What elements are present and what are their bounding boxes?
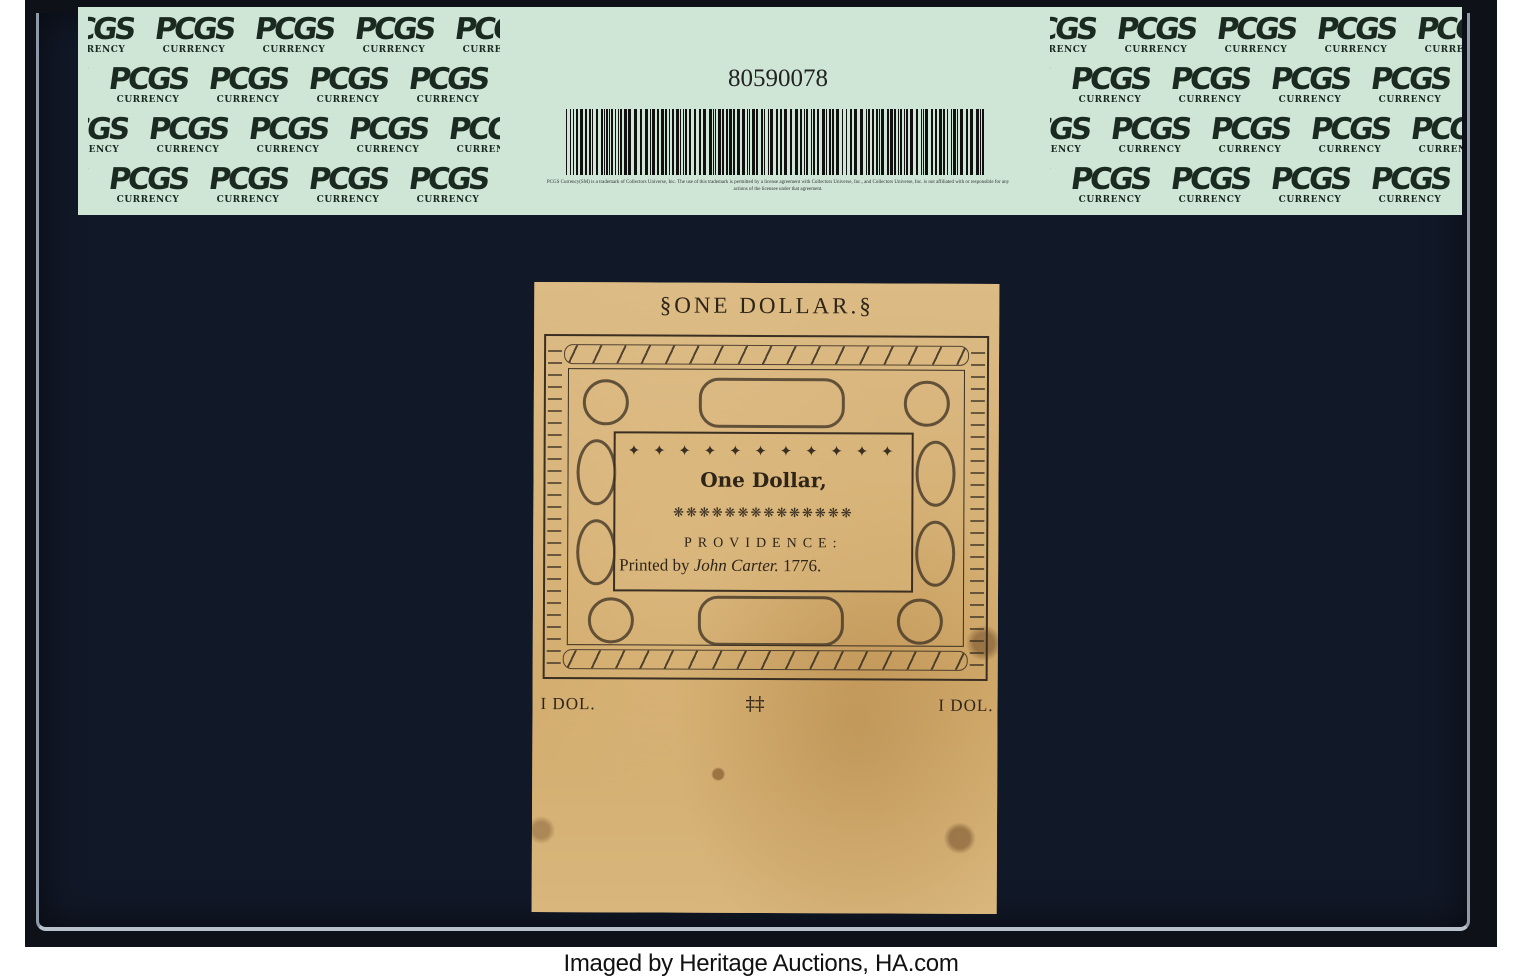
pcgs-logo: PCGSCURRENCY [1164, 65, 1256, 105]
logo-row: PCGSCURRENCYPCGSCURRENCYPCGSCURRENCYPCGS… [88, 165, 500, 206]
print-year: 1776. [783, 556, 821, 575]
star-row: ✦ ✦ ✦ ✦ ✦ ✦ ✦ ✦ ✦ ✦ ✦ ✦ [628, 441, 900, 460]
scroll-ornament [915, 521, 955, 587]
pcgs-logo: PCGSCURRENCY [102, 65, 194, 105]
scroll-ornament [588, 597, 634, 643]
logo-row: PCGSCURRENCYPCGSCURRENCYPCGSCURRENCYPCGS… [88, 115, 500, 156]
center-cartouche: ✦ ✦ ✦ ✦ ✦ ✦ ✦ ✦ ✦ ✦ ✦ ✦ One Dollar, ❋❋❋❋… [613, 431, 914, 592]
pcgs-logo: PCGSCURRENCY [1110, 15, 1202, 55]
pcgs-logo: PCGSCURRENCY [1264, 165, 1356, 205]
flower-row: ❋❋❋❋❋❋❋❋❋❋❋❋❋❋ [627, 505, 899, 521]
logo-row: PCGSCURRENCYPCGSCURRENCYPCGSCURRENCYPCGS… [1050, 115, 1462, 156]
cert-number: 80590078 [538, 65, 1018, 93]
pcgs-logo: PCGSCURRENCY [1264, 65, 1356, 105]
pcgs-logo: PCGSCURRENCY [202, 65, 294, 105]
chevron-border-left [547, 344, 562, 669]
printer-prefix: Printed by [619, 555, 689, 574]
rope-border-bottom [563, 649, 968, 671]
pcgs-logo: PCGSCURRENCY [88, 115, 134, 155]
scroll-ornament [915, 441, 955, 507]
pcgs-logo: PCGSCURRENCY [88, 165, 94, 205]
logo-row: PCGSCURRENCYPCGSCURRENCYPCGSCURRENCYPCGS… [1050, 165, 1462, 206]
denomination-text: One Dollar, [615, 467, 911, 492]
pcgs-logo: PCGSCURRENCY [1050, 65, 1056, 105]
pcgs-logo: PCGSCURRENCY [102, 165, 194, 205]
pcgs-logo: PCGSCURRENCY [1050, 15, 1102, 55]
pcgs-logo: PCGSCURRENCY [142, 115, 234, 155]
slab-photo: PCGSCURRENCYPCGSCURRENCYPCGSCURRENCYPCGS… [25, 0, 1497, 947]
pcgs-logo: PCGSCURRENCY [88, 65, 94, 105]
pcgs-logo: PCGSCURRENCY [1304, 115, 1396, 155]
scroll-ornament [583, 379, 629, 425]
pcgs-logo: PCGSCURRENCY [1050, 165, 1056, 205]
printer-line: Printed by John Carter. 1776. [619, 555, 915, 576]
pcgs-logo: PCGSCURRENCY [1410, 15, 1462, 55]
rope-border-top [564, 344, 969, 366]
pcgs-logo: PCGSCURRENCY [302, 65, 394, 105]
pcgs-logo: PCGSCURRENCY [1050, 115, 1096, 155]
pcgs-logo: PCGSCURRENCY [1064, 65, 1156, 105]
double-dagger-mark: ‡‡ [745, 693, 764, 715]
pcgs-logo: PCGSCURRENCY [348, 15, 440, 55]
pcgs-logo: PCGSCURRENCY [1210, 15, 1302, 55]
scroll-ornament [904, 381, 950, 427]
pcgs-logo: PCGSCURRENCY [1104, 115, 1196, 155]
pcgs-logo: PCGSCURRENCY [402, 65, 494, 105]
pcgs-logo: PCGSCURRENCY [1204, 115, 1296, 155]
logo-row: PCGSCURRENCYPCGSCURRENCYPCGSCURRENCYPCGS… [1050, 15, 1462, 56]
pcgs-logo: PCGSCURRENCY [88, 15, 140, 55]
pcgs-logo: PCGSCURRENCY [242, 115, 334, 155]
pcgs-logo: PCGSCURRENCY [1364, 165, 1456, 205]
image-credit-caption: Imaged by Heritage Auctions, HA.com [0, 950, 1522, 978]
pcgs-logo-pattern-right: PCGSCURRENCYPCGSCURRENCYPCGSCURRENCYPCGS… [1050, 7, 1462, 215]
trademark-disclaimer: PCGS Currency(SM) is a trademark of Coll… [546, 179, 1010, 193]
scroll-ornament [576, 519, 616, 585]
pcgs-logo: PCGSCURRENCY [248, 15, 340, 55]
pcgs-logo-pattern-left: PCGSCURRENCYPCGSCURRENCYPCGSCURRENCYPCGS… [88, 7, 500, 215]
logo-row: PCGSCURRENCYPCGSCURRENCYPCGSCURRENCYPCGS… [88, 65, 500, 106]
scroll-ornament [699, 378, 845, 429]
pcgs-logo: PCGSCURRENCY [442, 115, 500, 155]
pcgs-label: PCGSCURRENCYPCGSCURRENCYPCGSCURRENCYPCGS… [78, 7, 1462, 215]
pcgs-logo: PCGSCURRENCY [1164, 165, 1256, 205]
printer-name: John Carter. [694, 556, 779, 575]
chevron-border-right [970, 346, 985, 671]
banknote: §ONE DOLLAR.§ ✦ ✦ ✦ ✦ ✦ ✦ ✦ ✦ ✦ ✦ ✦ ✦ On [532, 282, 1000, 914]
scroll-ornament [576, 439, 616, 505]
cert-block: 80590078 PCGS Currency(SM) is a trademar… [538, 7, 1018, 215]
pcgs-logo: PCGSCURRENCY [1364, 65, 1456, 105]
city-text: PROVIDENCE: [615, 535, 911, 552]
barcode [566, 109, 990, 175]
scroll-ornament [698, 596, 844, 647]
pcgs-logo: PCGSCURRENCY [202, 165, 294, 205]
pcgs-logo: PCGSCURRENCY [1404, 115, 1462, 155]
pcgs-logo: PCGSCURRENCY [342, 115, 434, 155]
pcgs-logo: PCGSCURRENCY [148, 15, 240, 55]
pcgs-logo: PCGSCURRENCY [302, 165, 394, 205]
left-denomination: I DOL. [540, 694, 595, 714]
ornamental-frame: ✦ ✦ ✦ ✦ ✦ ✦ ✦ ✦ ✦ ✦ ✦ ✦ One Dollar, ❋❋❋❋… [543, 334, 990, 681]
pcgs-logo: PCGSCURRENCY [402, 165, 494, 205]
scroll-ornament [897, 599, 943, 645]
pcgs-logo: PCGSCURRENCY [448, 15, 500, 55]
pcgs-logo: PCGSCURRENCY [1310, 15, 1402, 55]
note-top-legend: §ONE DOLLAR.§ [534, 292, 999, 320]
right-denomination: I DOL. [938, 696, 993, 716]
logo-row: PCGSCURRENCYPCGSCURRENCYPCGSCURRENCYPCGS… [88, 15, 500, 56]
pcgs-logo: PCGSCURRENCY [1064, 165, 1156, 205]
logo-row: PCGSCURRENCYPCGSCURRENCYPCGSCURRENCYPCGS… [1050, 65, 1462, 106]
